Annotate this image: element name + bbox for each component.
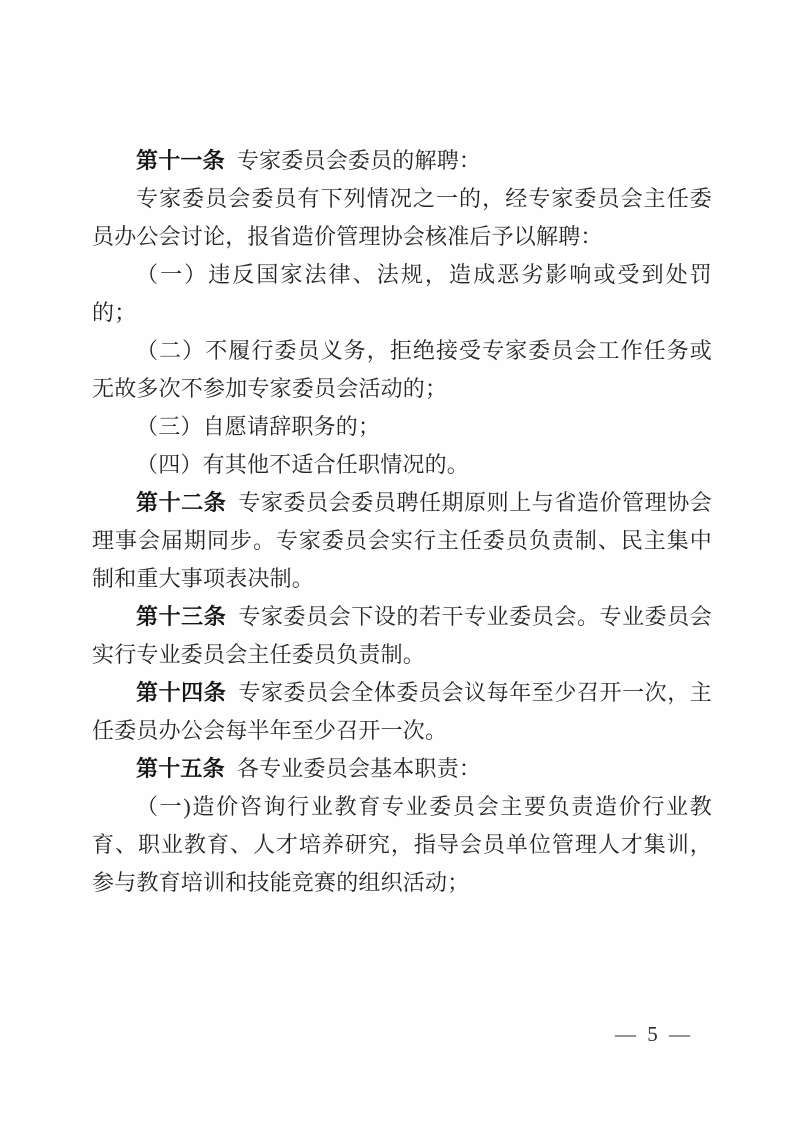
article-15-title-paragraph: 第十五条各专业委员会基本职责： [92,750,712,788]
article-11-number: 第十一条 [136,148,225,173]
article-14-paragraph: 第十四条专家委员会全体委员会议每年至少召开一次，主任委员办公会每半年至少召开一次… [92,674,712,750]
article-15-item-1: （一)造价咨询行业教育专业委员会主要负责造价行业教育、职业教育、人才培养研究，指… [92,788,712,902]
paragraph-text: 专家委员会委员的解聘： [237,148,481,173]
article-12-number: 第十二条 [136,490,226,515]
paragraph-text: （一)造价咨询行业教育专业委员会主要负责造价行业教育、职业教育、人才培养研究，指… [92,794,712,895]
article-11-item-2: （二）不履行委员义务，拒绝接受专家委员会工作任务或无故多次不参加专家委员会活动的… [92,332,712,408]
paragraph-text: 各专业委员会基本职责： [237,756,481,781]
document-page: 第十一条专家委员会委员的解聘： 专家委员会委员有下列情况之一的，经专家委员会主任… [0,0,793,1122]
article-11-item-1: （一）违反国家法律、法规，造成恶劣影响或受到处罚的； [92,256,712,332]
article-11-item-4: （四）有其他不适合任职情况的。 [92,446,712,484]
paragraph-text: （二）不履行委员义务，拒绝接受专家委员会工作任务或无故多次不参加专家委员会活动的… [92,338,712,401]
article-13-paragraph: 第十三条专家委员会下设的若干专业委员会。专业委员会实行专业委员会主任委员负责制。 [92,598,712,674]
paragraph-text: （三）自愿请辞职务的； [136,414,380,439]
article-13-number: 第十三条 [136,604,226,629]
page-number: — 5 — [615,1020,693,1048]
article-11-title-paragraph: 第十一条专家委员会委员的解聘： [92,142,712,180]
document-body: 第十一条专家委员会委员的解聘： 专家委员会委员有下列情况之一的，经专家委员会主任… [92,142,712,902]
article-11-item-3: （三）自愿请辞职务的； [92,408,712,446]
paragraph-text: 专家委员会委员有下列情况之一的，经专家委员会主任委员办公会讨论，报省造价管理协会… [92,186,712,249]
article-15-number: 第十五条 [136,756,225,781]
paragraph-text: （四）有其他不适合任职情况的。 [136,452,469,477]
article-14-number: 第十四条 [136,680,226,705]
article-12-paragraph: 第十二条专家委员会委员聘任期原则上与省造价管理协会理事会届期同步。专家委员会实行… [92,484,712,598]
article-11-intro-paragraph: 专家委员会委员有下列情况之一的，经专家委员会主任委员办公会讨论，报省造价管理协会… [92,180,712,256]
paragraph-text: （一）违反国家法律、法规，造成恶劣影响或受到处罚的； [92,262,712,325]
